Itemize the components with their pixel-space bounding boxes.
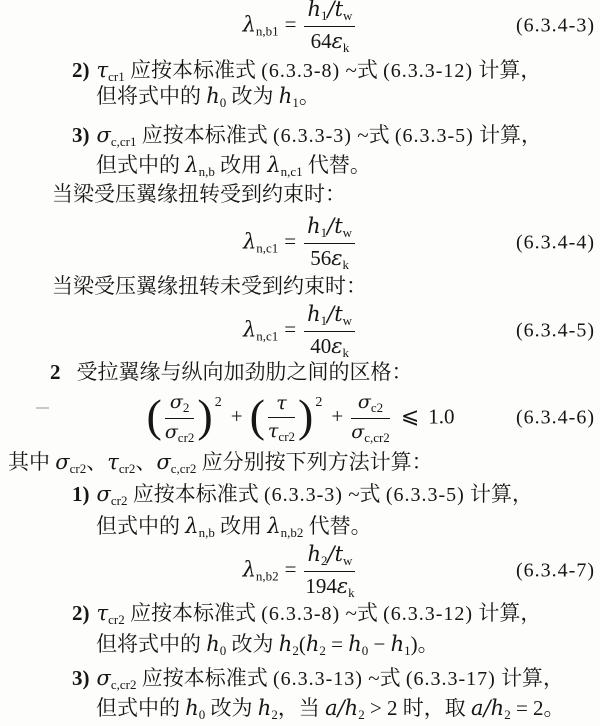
text-segment: ~式: [340, 58, 383, 82]
math-var: σ: [351, 421, 364, 443]
text-segment: 改用: [215, 153, 268, 177]
math-var: h: [206, 84, 220, 108]
item-marker: 2: [50, 360, 61, 384]
math-subscript: c,cr2: [111, 677, 137, 692]
text-segment: 但式中的: [96, 696, 185, 720]
text-segment: 但式中的: [96, 514, 185, 538]
text-segment: 当梁受压翼缘扭转受到约束时：: [52, 182, 346, 206]
math-var: /t: [328, 542, 344, 566]
math-var: σ: [165, 421, 178, 443]
text-segment: 应分别按下列方法计算：: [196, 450, 432, 474]
math-subscript: n,b: [199, 164, 215, 179]
math-subscript: 2: [183, 400, 190, 415]
text-segment: 、: [86, 450, 107, 474]
math-var: σ: [170, 391, 183, 413]
math-var: /t: [327, 302, 343, 326]
text-segment: 应按本标准式: [136, 666, 273, 690]
formula-body: λn,b1=h1/tw64εk: [243, 0, 358, 56]
math-var: λ: [243, 229, 256, 253]
math-var: h: [307, 0, 321, 21]
equation-ref: (6.3.3-8): [261, 603, 340, 625]
math-subscript: cr2: [70, 461, 87, 476]
equation-number: (6.3.4-6): [516, 407, 595, 430]
math-var: ε: [331, 246, 342, 270]
math-subscript: k: [343, 40, 350, 55]
math-var: τ: [97, 58, 109, 82]
math-subscript: n,b2: [256, 568, 279, 583]
paragraph-where: 其中 σcr2、τcr2、σc,cr2 应分别按下列方法计算：: [8, 449, 433, 475]
math-subscript: cr2: [178, 430, 195, 445]
math-var: ε: [337, 574, 348, 598]
math-operator: /: [338, 696, 345, 720]
math-var: σ: [97, 482, 111, 506]
fraction-numerator: σ2: [165, 391, 195, 419]
math-var: τ: [97, 601, 109, 625]
exponent: 2: [215, 395, 222, 410]
fraction-denominator: 64εk: [304, 27, 355, 56]
item-marker: 3): [72, 666, 90, 690]
math-operator: =: [285, 12, 297, 36]
equation-number: (6.3.4-7): [516, 560, 595, 583]
text-segment: 。: [299, 84, 320, 108]
math-var: h: [307, 302, 321, 326]
math-var: h: [491, 696, 505, 720]
text-segment: 改为: [226, 84, 279, 108]
math-subscript: w: [343, 313, 352, 328]
equation-number: (6.3.4-5): [516, 320, 595, 343]
formula-6-3-4-7: λn,b2=h2/tw194εk (6.3.4-7): [0, 547, 600, 595]
text-segment: 受拉翼缘与纵向加劲肋之间的区格：: [77, 360, 413, 384]
fraction-numerator: h1/tw: [304, 0, 355, 27]
math-var: τ: [276, 392, 287, 414]
math-var: σ: [97, 123, 111, 147]
math-var: h: [206, 632, 220, 656]
math-subscript: c,cr1: [111, 134, 137, 149]
scan-artifact-dash: [36, 407, 49, 409]
fraction: σ2σcr2: [165, 391, 195, 446]
math-subscript: n,c1: [256, 328, 278, 343]
math-var: h: [306, 632, 320, 656]
formula-6-3-4-4: λn,c1=h1/tw56εk (6.3.4-4): [0, 219, 600, 267]
paragraph-restrained-flange: 当梁受压翼缘扭转受到约束时：: [52, 181, 346, 207]
list-item-2b-line-1: 2)τcr2 应按本标准式 (6.3.3-8) ~式 (6.3.3-12) 计算…: [72, 600, 541, 626]
math-var: a: [471, 696, 484, 720]
fraction-numerator: h1/tw: [304, 302, 355, 332]
equation-ref: (6.3.3-3): [264, 484, 343, 506]
equation-ref: (6.3.3-12): [383, 60, 473, 82]
math-subscript: n,b1: [256, 23, 279, 38]
math-subscript: k: [348, 585, 355, 600]
math-var: ε: [332, 29, 343, 53]
equation-ref: (6.3.3-5): [395, 125, 474, 147]
text-segment: ~式: [340, 601, 383, 625]
math-var: h: [258, 696, 272, 720]
math-number: 56: [310, 246, 331, 270]
math-operator: +: [331, 404, 343, 428]
relation-operator: ⩽: [401, 403, 419, 428]
list-item-1-line-1: 1)σcr2 应按本标准式 (6.3.3-3) ~式 (6.3.3-5) 计算，: [72, 481, 533, 507]
math-number: 40: [310, 334, 331, 358]
paragraph-unrestrained-flange: 当梁受压翼缘扭转未受到约束时：: [52, 273, 367, 299]
math-var: σ: [55, 450, 69, 474]
fraction-numerator: τ: [268, 392, 295, 418]
fraction-numerator: h1/tw: [304, 214, 355, 244]
math-var: σ: [156, 450, 170, 474]
math-var: τ: [268, 420, 279, 442]
equation-ref: (6.3.3-5): [386, 484, 465, 506]
formula-6-3-4-3: λn,b1=h1/tw64εk (6.3.4-3): [0, 2, 600, 50]
math-subscript: cr2: [119, 461, 136, 476]
math-number: 1.0: [428, 404, 454, 428]
math-subscript: cr1: [108, 69, 125, 84]
item-marker: 3): [72, 123, 90, 147]
equation-number: (6.3.4-3): [516, 15, 595, 38]
text-segment: 应按本标准式: [125, 601, 262, 625]
math-subscript: n,b2: [281, 525, 304, 540]
math-number: 64: [311, 29, 332, 53]
text-segment: 但式中的: [96, 153, 185, 177]
text-segment: 、: [135, 450, 156, 474]
equation-ref: (6.3.3-8): [261, 60, 340, 82]
text-segment: 计算，: [473, 58, 541, 82]
math-var: h: [279, 84, 293, 108]
math-var: h: [279, 632, 293, 656]
math-var: τ: [107, 450, 119, 474]
text-segment: ~式: [343, 482, 386, 506]
math-var: σ: [358, 391, 371, 413]
math-subscript: n,c1: [281, 164, 303, 179]
math-subscript: w: [343, 553, 352, 568]
text-segment: 改为: [205, 696, 258, 720]
list-item-2-line-1: 2)τcr1 应按本标准式 (6.3.3-8) ~式 (6.3.3-12) 计算…: [72, 57, 541, 83]
text-segment: 应按本标准式: [136, 123, 273, 147]
text-segment: 计算，: [465, 482, 533, 506]
list-item-2b-line-2: 但将式中的 h0 改为 h2(h2 = h0 − h1)。: [96, 631, 439, 657]
math-var: h: [185, 696, 199, 720]
math-var: λ: [243, 557, 256, 581]
math-subscript: cr2: [278, 429, 295, 444]
math-operator: =: [284, 317, 296, 341]
math-operator: =: [285, 557, 297, 581]
equation-ref: (6.3.3-17): [406, 668, 496, 690]
math-var: σ: [97, 666, 111, 690]
fraction-denominator: 40εk: [304, 332, 355, 361]
text-segment: ，当: [278, 696, 325, 720]
fraction: σc2σc,cr2: [351, 391, 390, 446]
math-var: /t: [328, 0, 344, 21]
math-var: /t: [327, 214, 343, 238]
math-number: 194: [305, 574, 337, 598]
right-paren: ): [197, 390, 212, 441]
fraction-denominator: 56εk: [304, 244, 355, 273]
item-marker: 1): [72, 482, 90, 506]
equation-ref: (6.3.3-3): [273, 125, 352, 147]
math-var: a: [325, 696, 338, 720]
math-subscript: n,b: [199, 525, 215, 540]
list-item-3-line-1: 3)σc,cr1 应按本标准式 (6.3.3-3) ~式 (6.3.3-5) 计…: [72, 122, 542, 148]
text-segment: ~式: [352, 123, 395, 147]
list-item-2-line-2: 但将式中的 h0 改为 h1。: [96, 83, 320, 109]
document-page: λn,b1=h1/tw64εk (6.3.4-3) 2)τcr1 应按本标准式 …: [0, 0, 600, 726]
math-subscript: k: [342, 257, 349, 272]
fraction-denominator: σcr2: [165, 419, 195, 446]
math-var: h: [345, 696, 359, 720]
math-var: λ: [243, 317, 256, 341]
clause-2-heading: 2受拉翼缘与纵向加劲肋之间的区格：: [50, 359, 413, 385]
text-segment: 当梁受压翼缘扭转未受到约束时：: [52, 274, 367, 298]
math-operator: −: [368, 632, 390, 656]
text-segment: (: [299, 632, 306, 656]
formula-body: λn,b2=h2/tw194εk: [243, 542, 358, 601]
item-marker: 2): [72, 58, 90, 82]
text-segment: 代替。: [303, 514, 371, 538]
list-item-3-line-2: 但式中的 λn,b 改用 λn,c1 代替。: [96, 152, 371, 178]
text-segment: > 2 时，取: [365, 696, 471, 720]
fraction-numerator: σc2: [351, 391, 390, 419]
left-paren: (: [146, 390, 161, 441]
math-var: λ: [267, 153, 280, 177]
math-var: h: [391, 632, 405, 656]
text-segment: 代替。: [303, 153, 371, 177]
math-var: λ: [267, 514, 280, 538]
math-operator: /: [484, 696, 491, 720]
text-segment: 计算，: [474, 123, 542, 147]
text-segment: 计算，: [473, 601, 541, 625]
text-segment: 应按本标准式: [125, 58, 262, 82]
math-subscript: c,cr2: [364, 430, 390, 445]
formula-body: λn,c1=h1/tw56εk: [243, 214, 357, 273]
list-item-3b-line-2: 但式中的 h0 改为 h2，当 a/h2 > 2 时，取 a/h2 = 2。: [96, 695, 565, 721]
text-segment: 但将式中的: [96, 632, 206, 656]
fraction-denominator: τcr2: [268, 418, 295, 445]
text-segment: 改为: [226, 632, 279, 656]
right-paren: ): [298, 390, 313, 441]
math-var: λ: [185, 153, 198, 177]
math-subscript: cr2: [108, 612, 125, 627]
math-subscript: k: [342, 345, 349, 360]
math-var: h: [348, 632, 362, 656]
text-segment: 其中: [8, 450, 55, 474]
fraction-denominator: 194εk: [304, 572, 355, 601]
equation-ref: (6.3.3-12): [383, 603, 473, 625]
math-subscript: w: [343, 8, 352, 23]
math-operator: =: [284, 229, 296, 253]
fraction: h1/tw64εk: [304, 0, 355, 56]
text-segment: ~式: [363, 666, 406, 690]
math-var: h: [307, 542, 321, 566]
math-var: h: [307, 214, 321, 238]
list-item-1-line-2: 但式中的 λn,b 改用 λn,b2 代替。: [96, 513, 372, 539]
fraction-numerator: h2/tw: [304, 542, 355, 572]
fraction: ττcr2: [268, 392, 295, 445]
math-operator: =: [326, 632, 348, 656]
equation-ref: (6.3.3-13): [273, 668, 363, 690]
formula-body: (σ2σcr2)2+(ττcr2)2+σc2σc,cr2⩽1.0: [145, 391, 454, 446]
text-segment: 应按本标准式: [127, 482, 264, 506]
fraction: h1/tw56εk: [304, 214, 355, 273]
math-operator: +: [231, 404, 243, 428]
math-subscript: n,c1: [256, 240, 278, 255]
fraction: h1/tw40εk: [304, 302, 355, 361]
math-var: λ: [185, 514, 198, 538]
list-item-3b-line-1: 3)σc,cr2 应按本标准式 (6.3.3-13) ~式 (6.3.3-17)…: [72, 665, 564, 691]
text-segment: 计算，: [496, 666, 564, 690]
math-var: ε: [331, 334, 342, 358]
text-segment: = 2。: [511, 696, 565, 720]
formula-6-3-4-5: λn,c1=h1/tw40εk (6.3.4-5): [0, 307, 600, 355]
left-paren: (: [250, 390, 265, 441]
fraction-denominator: σc,cr2: [351, 419, 390, 446]
text-segment: )。: [411, 632, 439, 656]
math-subscript: cr2: [111, 493, 128, 508]
fraction: h2/tw194εk: [304, 542, 355, 601]
text-segment: 改用: [215, 514, 268, 538]
math-subscript: c2: [371, 400, 383, 415]
formula-body: λn,c1=h1/tw40εk: [243, 302, 357, 361]
item-marker: 2): [72, 601, 90, 625]
math-var: λ: [243, 12, 256, 36]
exponent: 2: [315, 395, 322, 410]
math-subscript: w: [343, 225, 352, 240]
equation-number: (6.3.4-4): [516, 232, 595, 255]
text-segment: 但将式中的: [96, 84, 206, 108]
math-subscript: c,cr2: [171, 461, 197, 476]
formula-6-3-4-6: (σ2σcr2)2+(ττcr2)2+σc2σc,cr2⩽1.0 (6.3.4-…: [0, 391, 600, 445]
